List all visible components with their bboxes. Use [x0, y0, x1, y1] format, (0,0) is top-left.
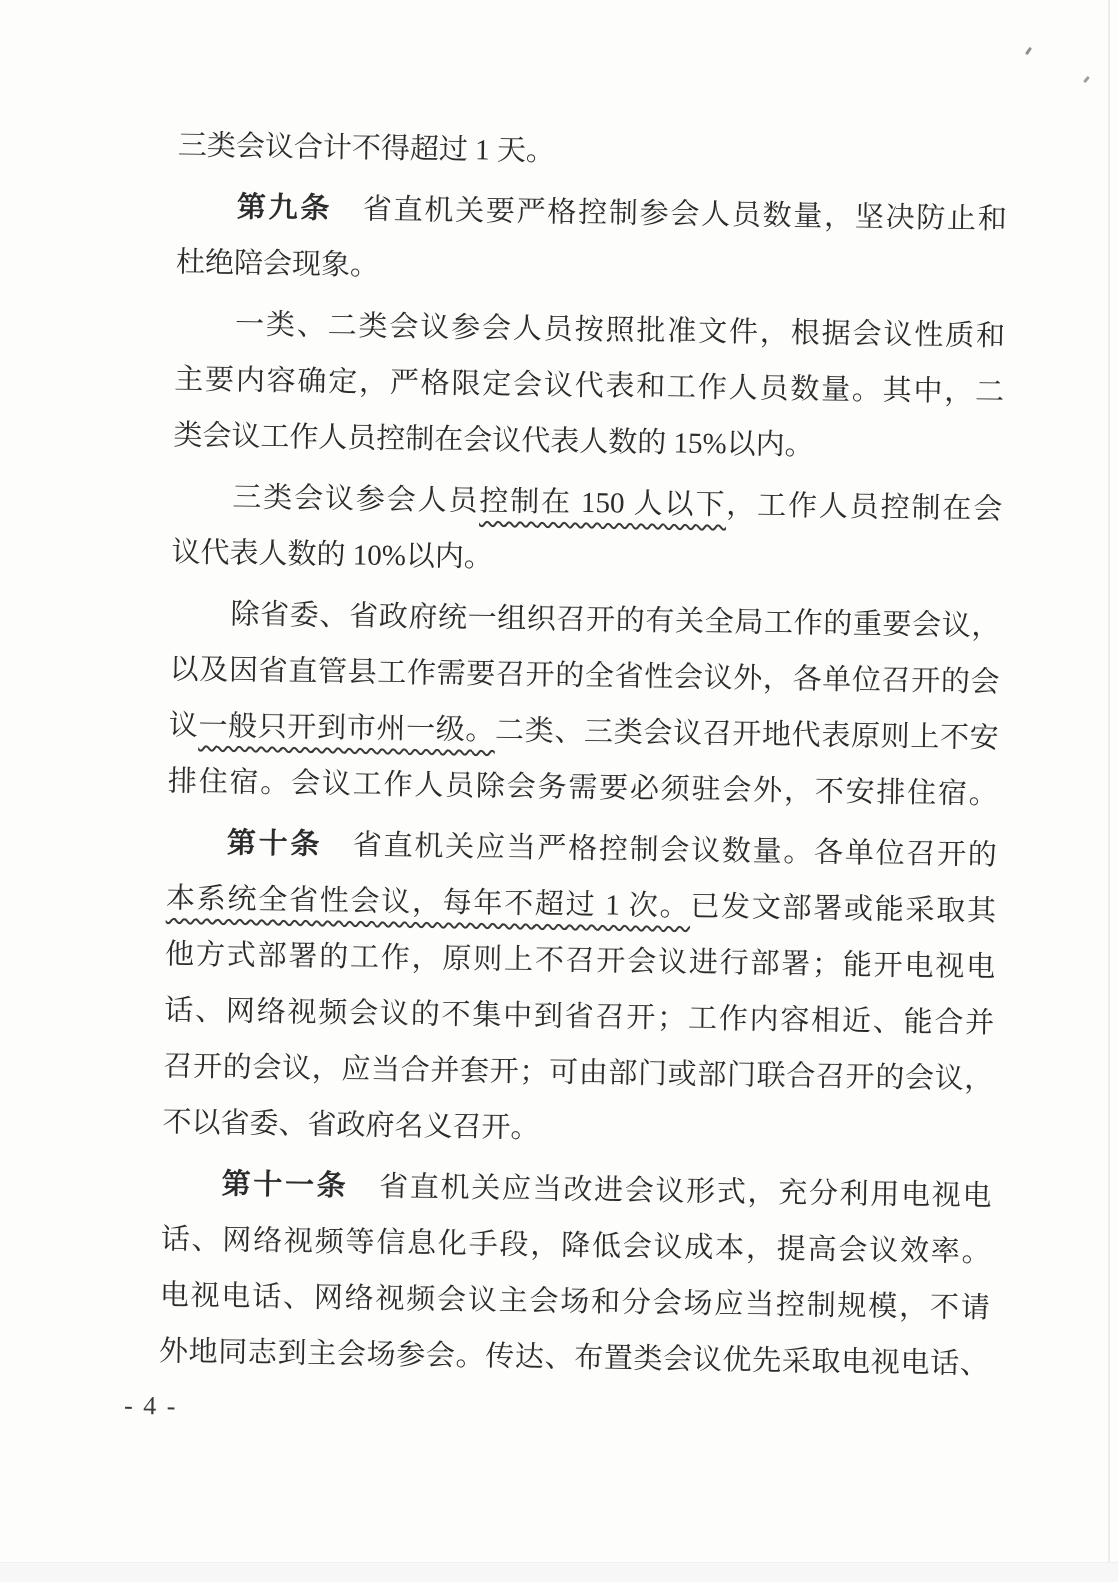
heading-article-10: 第十条 — [227, 827, 323, 860]
text-segment: 电视电话、网络视频会议主会场和分会场应当控制规模，不请 — [160, 1279, 990, 1324]
text-segment: 话、网络视频等信息化手段，降低会议成本，提高会议效率。 — [160, 1223, 990, 1268]
scan-edge-shadow-right — [1108, 0, 1110, 1582]
scan-speck-artifact — [1025, 47, 1032, 55]
text-segment: ，工作人员控制在会 — [726, 489, 1002, 525]
text-segment: 不以省委、省政府名义召开。 — [162, 1106, 539, 1144]
document-body: 三类会议合计不得超过 1 天。第九条 省直机关要严格控制参会人员数量，坚决防止和… — [159, 118, 1009, 1393]
text-segment: 一类、二类会议参会人员按照批准文件，根据会议性质和 — [235, 308, 1005, 352]
text-line-22: 外地同志到主会场参会。传达、布置类会议优先采取电视电话、 — [159, 1323, 990, 1392]
text-segment: 杜绝陪会现象。 — [176, 247, 379, 282]
scan-speck-artifact — [1083, 76, 1090, 83]
text-segment: 已发文部署或能采取其 — [690, 891, 996, 928]
text-segment: 三类会议合计不得超过 1 天。 — [178, 130, 555, 168]
text-segment: 他方式部署的工作，原则上不召开会议进行部署；能开电视电 — [165, 938, 995, 983]
text-segment: 二类、三类会议召开地代表原则上不安 — [495, 715, 999, 755]
heading-article-11: 第十一条 — [221, 1168, 348, 1202]
text-segment: 除省委、省政府统一组织召开的有关全局工作的重要会议， — [230, 598, 1000, 642]
text-segment: 排住宿。会议工作人员除会务需要必须驻会外，不安排住宿。 — [168, 765, 998, 810]
text-segment: 类会议工作人员控制在会议代表人数的 15%以内。 — [173, 420, 814, 462]
text-segment: 议代表人数的 10%以内。 — [171, 537, 493, 574]
text-segment: 省直机关要严格控制参会人员数量，坚决防止和 — [332, 193, 1007, 236]
text-segment: 话、网络视频会议的不集中到省召开；工作内容相近、能合并 — [164, 994, 994, 1039]
text-segment: 议 — [169, 709, 199, 741]
text-line-1: 三类会议合计不得超过 1 天。 — [177, 118, 1008, 187]
underlined-phrase-150-limit: 控制在 150 人以下 — [479, 485, 726, 521]
text-segment: 召开的会议，应当合并套开；可由部门或部门联合召开的会议， — [163, 1050, 993, 1095]
text-line-12: 排住宿。会议工作人员除会务需要必须驻会外，不安排住宿。 — [167, 753, 998, 822]
underlined-phrase-once-per-year: 本系统全省性会议，每年不超过 1 次。 — [166, 882, 691, 922]
page-number: - 4 - — [124, 1385, 989, 1441]
text-segment: 以及因省直管县工作需要召开的全省性会议外，各单位召开的会 — [169, 653, 999, 698]
scan-edge-shadow-bottom — [0, 1562, 1118, 1582]
document-text-block: 三类会议合计不得超过 1 天。第九条 省直机关要严格控制参会人员数量，坚决防止和… — [158, 118, 1008, 1441]
heading-article-9: 第九条 — [237, 191, 333, 224]
text-segment: 主要内容确定，严格限定会议代表和工作人员数量。其中，二 — [174, 364, 1004, 409]
text-segment: 省直机关应当严格控制会议数量。各单位召开的 — [322, 829, 997, 872]
text-segment: 外地同志到主会场参会。传达、布置类会议优先采取电视电话、 — [159, 1335, 989, 1380]
document-page: 三类会议合计不得超过 1 天。第九条 省直机关要严格控制参会人员数量，坚决防止和… — [0, 0, 1118, 1582]
text-segment: 三类会议参会人员 — [232, 481, 479, 517]
underlined-phrase-city-level: 一般只开到市州一级。 — [198, 710, 495, 747]
text-segment: 省直机关应当改进会议形式，充分利用电视电 — [348, 1170, 992, 1212]
